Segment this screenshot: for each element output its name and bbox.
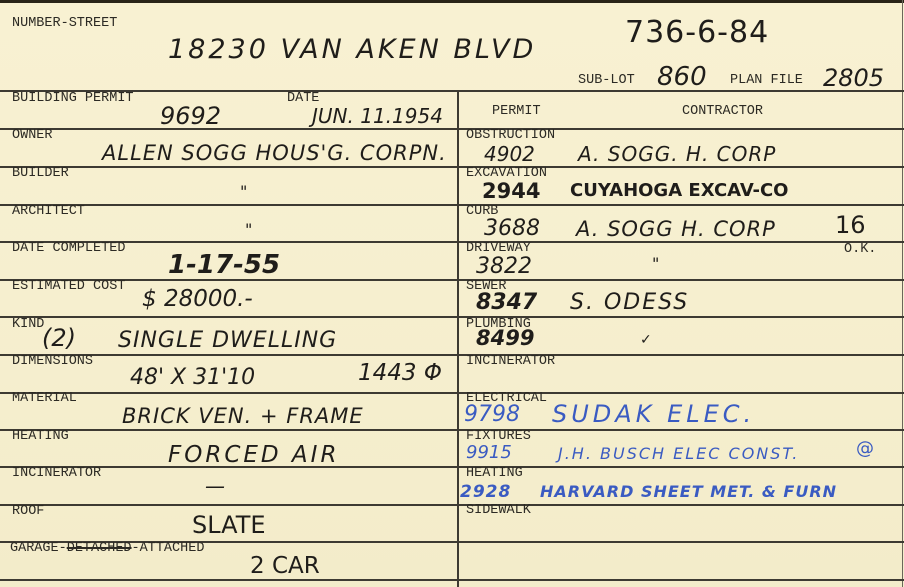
excavation-permit: 2944 bbox=[482, 181, 540, 202]
rule bbox=[0, 279, 904, 281]
date-completed-value: 1-17-55 bbox=[168, 252, 280, 278]
heating-label: HEATING bbox=[12, 430, 69, 444]
builder-label: BUILDER bbox=[12, 167, 69, 181]
dimensions-area: 1443 Φ bbox=[358, 362, 442, 385]
obstruction-label: OBSTRUCTION bbox=[466, 129, 555, 143]
building-permit-label: BUILDING PERMIT bbox=[12, 92, 134, 106]
column-divider bbox=[457, 90, 459, 587]
curb-contractor: A. SOGG H. CORP bbox=[576, 219, 776, 240]
rule bbox=[0, 316, 904, 318]
incinerator-permit-label: INCINERATOR bbox=[466, 355, 555, 369]
incinerator-label: INCINERATOR bbox=[12, 467, 101, 481]
curb-note: 16 bbox=[835, 213, 866, 237]
electrical-permit: 9798 bbox=[464, 404, 520, 426]
plumbing-check-icon: ✓ bbox=[640, 333, 652, 347]
roof-label: ROOF bbox=[12, 505, 44, 519]
owner-value: ALLEN SOGG HOUS'G. CORPN. bbox=[102, 143, 447, 164]
dimensions-value: 48' X 31'10 bbox=[130, 367, 255, 389]
plan-file-label: PLAN FILE bbox=[730, 74, 803, 88]
estimated-cost-value: $ 28000.- bbox=[142, 288, 253, 311]
material-value: BRICK VEN. + FRAME bbox=[122, 406, 364, 427]
plan-file-value: 2805 bbox=[823, 66, 884, 90]
owner-label: OWNER bbox=[12, 129, 53, 143]
sewer-contractor: S. ODESS bbox=[570, 292, 689, 314]
material-label: MATERIAL bbox=[12, 392, 77, 406]
obstruction-contractor: A. SOGG. H. CORP bbox=[578, 144, 776, 164]
rule bbox=[0, 466, 904, 468]
rule bbox=[0, 90, 904, 92]
plumbing-permit: 8499 bbox=[476, 328, 534, 349]
permit-column-header: PERMIT bbox=[492, 105, 541, 119]
architect-label: ARCHITECT bbox=[12, 205, 85, 219]
rule bbox=[0, 241, 904, 243]
garage-value: 2 CAR bbox=[250, 555, 320, 578]
heating-contractor: HARVARD SHEET MET. & FURN bbox=[540, 484, 837, 500]
kind-value: SINGLE DWELLING bbox=[118, 330, 337, 352]
electrical-contractor: SUDAK ELEC. bbox=[552, 402, 755, 426]
rule bbox=[0, 579, 904, 581]
number-street-label: NUMBER-STREET bbox=[12, 17, 117, 31]
kind-count: (2) bbox=[42, 326, 76, 350]
incinerator-value: — bbox=[205, 476, 225, 496]
kind-label: KIND bbox=[12, 318, 44, 332]
sewer-permit: 8347 bbox=[476, 292, 537, 314]
card-right-edge bbox=[902, 0, 903, 587]
contractor-column-header: CONTRACTOR bbox=[682, 105, 763, 119]
garage-label-suffix: -ATTACHED bbox=[132, 541, 205, 556]
sidewalk-label: SIDEWALK bbox=[466, 504, 531, 518]
estimated-cost-label: ESTIMATED COST bbox=[12, 280, 125, 294]
driveway-contractor: " bbox=[652, 256, 659, 272]
garage-label-detached-struck: DETACHED bbox=[67, 541, 132, 556]
sub-lot-label: SUB-LOT bbox=[578, 74, 635, 88]
fixtures-contractor: J.H. BUSCH ELEC CONST. bbox=[558, 446, 799, 462]
rule bbox=[0, 354, 904, 356]
driveway-permit: 3822 bbox=[476, 256, 532, 278]
property-record-card: NUMBER-STREET 18230 VAN AKEN BLVD 736-6-… bbox=[0, 0, 904, 587]
obstruction-permit: 4902 bbox=[484, 144, 535, 164]
driveway-ok-note: O.K. bbox=[844, 243, 876, 257]
heating-permit-label: HEATING bbox=[466, 467, 523, 481]
date-value: JUN. 11.1954 bbox=[312, 106, 443, 126]
excavation-contractor: CUYAHOGA EXCAV-CO bbox=[570, 182, 788, 200]
roof-value: SLATE bbox=[192, 513, 266, 537]
dimensions-label: DIMENSIONS bbox=[12, 355, 93, 369]
heating-value: FORCED AIR bbox=[168, 444, 339, 467]
rule bbox=[0, 204, 904, 206]
file-number: 736-6-84 bbox=[625, 18, 769, 48]
fixtures-permit: 9915 bbox=[466, 444, 512, 462]
rule bbox=[0, 429, 904, 431]
rule bbox=[0, 166, 904, 168]
rule bbox=[0, 128, 904, 130]
sub-lot-value: 860 bbox=[657, 64, 707, 90]
curb-permit: 3688 bbox=[484, 218, 540, 240]
building-permit-value: 9692 bbox=[160, 104, 221, 128]
architect-value: " bbox=[245, 222, 252, 238]
rule bbox=[0, 504, 904, 506]
heating-permit: 2928 bbox=[460, 484, 511, 501]
fixtures-mark-icon: @ bbox=[856, 440, 874, 458]
address-value: 18230 VAN AKEN BLVD bbox=[168, 36, 536, 63]
builder-value: " bbox=[240, 184, 247, 200]
card-top-edge bbox=[0, 0, 904, 3]
rule bbox=[0, 392, 904, 394]
garage-label-prefix: GARAGE- bbox=[10, 541, 67, 556]
garage-label: GARAGE-DETACHED-ATTACHED bbox=[10, 542, 204, 556]
date-completed-label: DATE COMPLETED bbox=[12, 242, 125, 256]
